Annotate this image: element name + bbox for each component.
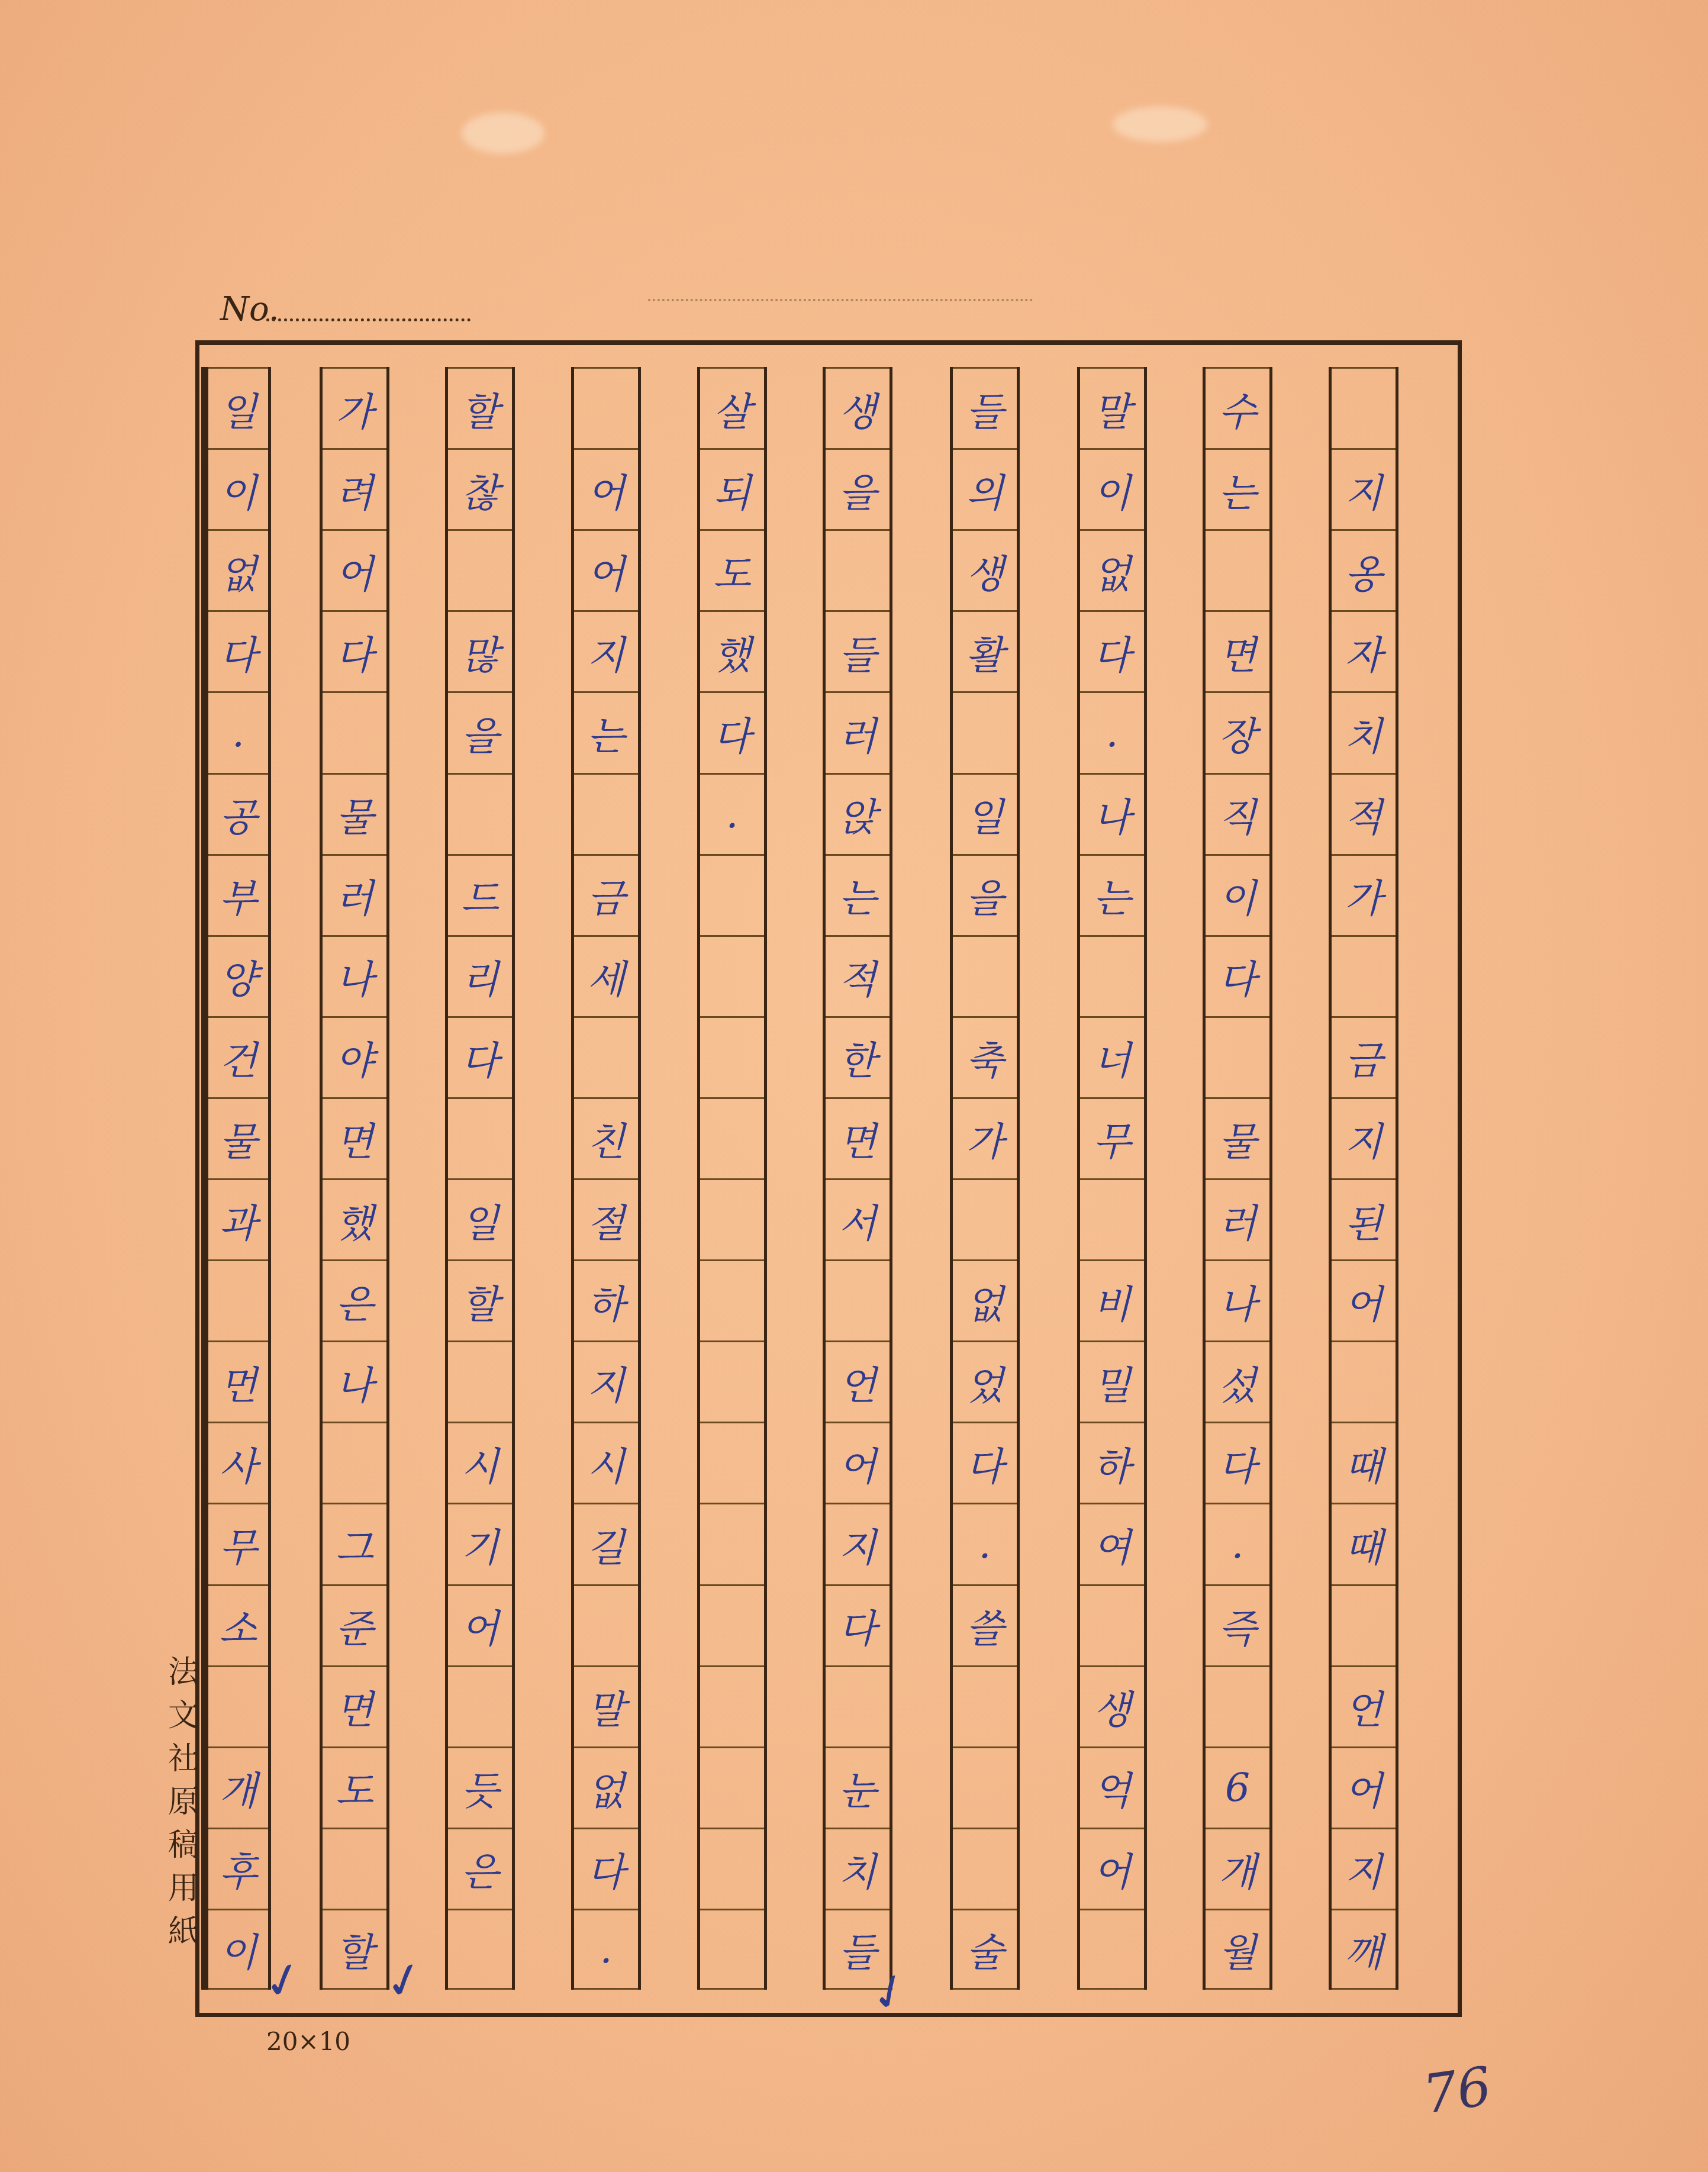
manuscript-cell: 리 [448, 935, 512, 1016]
manuscript-cell: 절 [574, 1178, 638, 1259]
manuscript-cell [323, 1422, 386, 1503]
manuscript-cell [953, 1178, 1017, 1259]
manuscript-cell [700, 1097, 764, 1178]
manuscript-cell: 어 [574, 529, 638, 610]
manuscript-cell: 없 [574, 1746, 638, 1828]
manuscript-cell: 눈 [826, 1746, 890, 1828]
manuscript-cell: 많 [448, 610, 512, 691]
manuscript-cell: 억 [1080, 1746, 1144, 1828]
manuscript-cell [700, 935, 764, 1016]
manuscript-column: 말이없다.나는너무비밀하여생억어 [1077, 367, 1147, 1990]
manuscript-cell: 는 [574, 691, 638, 772]
manuscript-cell: 러 [323, 854, 386, 935]
publisher-label: 法文社原稿用紙 [160, 1651, 207, 1954]
manuscript-cell: 없 [1080, 529, 1144, 610]
manuscript-cell: 면 [826, 1097, 890, 1178]
manuscript-cell: 즉 [1206, 1584, 1269, 1665]
manuscript-cell: 무 [1080, 1097, 1144, 1178]
manuscript-cell: 도 [323, 1746, 386, 1828]
manuscript-cell: 적 [826, 935, 890, 1016]
manuscript-column: 생을들러앉는적한면서언어지다눈치들 [823, 367, 892, 1990]
manuscript-cell: 생 [953, 529, 1017, 610]
manuscript-cell: . [953, 1503, 1017, 1584]
manuscript-cell: . [1080, 691, 1144, 772]
manuscript-column: 들의생활일을축가없었다.쓸술 [950, 367, 1020, 1990]
manuscript-cell [1206, 1016, 1269, 1097]
manuscript-cell: 너 [1080, 1016, 1144, 1097]
paper-smudge [462, 112, 544, 154]
manuscript-cell [700, 1259, 764, 1340]
manuscript-cell: 은 [323, 1259, 386, 1340]
manuscript-cell: 지 [1332, 1828, 1396, 1909]
manuscript-cell: 자 [1332, 610, 1396, 691]
manuscript-cell [700, 854, 764, 935]
manuscript-cell [574, 1584, 638, 1665]
manuscript-cell [448, 529, 512, 610]
manuscript-cell: 되 [700, 448, 764, 529]
manuscript-cell [323, 691, 386, 772]
manuscript-cell: 다 [826, 1584, 890, 1665]
manuscript-cell [1206, 529, 1269, 610]
manuscript-cell: 나 [1206, 1259, 1269, 1340]
manuscript-cell: 는 [1206, 448, 1269, 529]
manuscript-cell: . [574, 1909, 638, 1990]
manuscript-cell: 다 [323, 610, 386, 691]
manuscript-cell: 지 [574, 1340, 638, 1422]
faint-dotted-line [648, 299, 1033, 301]
manuscript-cell [826, 1665, 890, 1746]
manuscript-cell [1332, 1584, 1396, 1665]
manuscript-cell [826, 1259, 890, 1340]
manuscript-column: 할찮많을드리다일할시기어듯은 [445, 367, 515, 1990]
manuscript-cell: 려 [323, 448, 386, 529]
manuscript-cell: 여 [1080, 1503, 1144, 1584]
manuscript-cell: 사 [208, 1422, 268, 1503]
manuscript-cell: 개 [208, 1746, 268, 1828]
manuscript-cell: 말 [1080, 367, 1144, 448]
manuscript-cell: 생 [1080, 1665, 1144, 1746]
manuscript-cell: 다 [448, 1016, 512, 1097]
manuscript-cell [1332, 935, 1396, 1016]
manuscript-cell: 하 [574, 1259, 638, 1340]
manuscript-cell: 지 [1332, 1097, 1396, 1178]
manuscript-cell: 준 [323, 1584, 386, 1665]
manuscript-cell: 을 [448, 691, 512, 772]
manuscript-cell: 앉 [826, 773, 890, 854]
manuscript-cell: 물 [323, 773, 386, 854]
manuscript-cell [448, 1340, 512, 1422]
number-field[interactable] [266, 318, 470, 321]
manuscript-cell [953, 935, 1017, 1016]
manuscript-cell: 때 [1332, 1422, 1396, 1503]
manuscript-cell: 지 [826, 1503, 890, 1584]
manuscript-column: 수는면장직이다물러나섰다.즉6개월 [1203, 367, 1272, 1990]
manuscript-cell: 했 [323, 1178, 386, 1259]
manuscript-cell [953, 691, 1017, 772]
manuscript-cell [700, 1016, 764, 1097]
manuscript-cell: 시 [448, 1422, 512, 1503]
manuscript-cell: 듯 [448, 1746, 512, 1828]
manuscript-cell: 다 [953, 1422, 1017, 1503]
manuscript-cell [1080, 1909, 1144, 1990]
publisher-label-char: 用 [160, 1867, 207, 1910]
manuscript-cell: 들 [826, 610, 890, 691]
manuscript-cell: 지 [574, 610, 638, 691]
manuscript-cell [700, 1746, 764, 1828]
manuscript-cell: 이 [208, 1909, 268, 1990]
manuscript-cell: 할 [448, 1259, 512, 1340]
manuscript-cell: 적 [1332, 773, 1396, 854]
manuscript-cell: 축 [953, 1016, 1017, 1097]
publisher-label-char: 紙 [160, 1910, 207, 1954]
manuscript-cell: 한 [826, 1016, 890, 1097]
manuscript-cell: 을 [826, 448, 890, 529]
manuscript-cell: 길 [574, 1503, 638, 1584]
manuscript-cell: 어 [448, 1584, 512, 1665]
manuscript-cell: 월 [1206, 1909, 1269, 1990]
manuscript-cell: 일 [448, 1178, 512, 1259]
manuscript-cell: 나 [323, 935, 386, 1016]
manuscript-cell [700, 1584, 764, 1665]
manuscript-column: 일이없다.공부양건물과먼사무소개후이 [201, 367, 271, 1990]
manuscript-cell: 이 [1080, 448, 1144, 529]
manuscript-cell: 할 [323, 1909, 386, 1990]
manuscript-cell [574, 1016, 638, 1097]
manuscript-cell: 했 [700, 610, 764, 691]
manuscript-cell: 나 [1080, 773, 1144, 854]
manuscript-cell [953, 1746, 1017, 1828]
manuscript-cell: 세 [574, 935, 638, 1016]
publisher-label-char: 原 [160, 1781, 207, 1824]
publisher-label-char: 社 [160, 1738, 207, 1781]
manuscript-cell: 기 [448, 1503, 512, 1584]
manuscript-cell: 러 [1206, 1178, 1269, 1259]
manuscript-cell: 활 [953, 610, 1017, 691]
manuscript-cell: 말 [574, 1665, 638, 1746]
manuscript-cell [448, 1665, 512, 1746]
manuscript-cell: 어 [826, 1422, 890, 1503]
manuscript-cell: 부 [208, 854, 268, 935]
paper-smudge [1113, 107, 1207, 142]
manuscript-cell: 나 [323, 1340, 386, 1422]
manuscript-cell: . [700, 773, 764, 854]
publisher-label-char: 文 [160, 1694, 207, 1738]
manuscript-cell: 개 [1206, 1828, 1269, 1909]
manuscript-cell: 드 [448, 854, 512, 935]
manuscript-cell [700, 1178, 764, 1259]
manuscript-cell: 양 [208, 935, 268, 1016]
manuscript-cell: 도 [700, 529, 764, 610]
publisher-label-char: 稿 [160, 1824, 207, 1867]
manuscript-cell: 다 [1206, 935, 1269, 1016]
manuscript-cell: 찮 [448, 448, 512, 529]
manuscript-cell [1080, 935, 1144, 1016]
manuscript-cell: 다 [574, 1828, 638, 1909]
manuscript-cell: 면 [323, 1097, 386, 1178]
manuscript-cell: 살 [700, 367, 764, 448]
manuscript-cell [574, 773, 638, 854]
manuscript-cell [953, 1665, 1017, 1746]
manuscript-cell [1332, 1340, 1396, 1422]
manuscript-cell [700, 1422, 764, 1503]
manuscript-cell [323, 1828, 386, 1909]
manuscript-cell: . [1206, 1503, 1269, 1584]
manuscript-cell: 다 [1080, 610, 1144, 691]
manuscript-cell: 러 [826, 691, 890, 772]
manuscript-cell: 어 [1332, 1746, 1396, 1828]
manuscript-cell: 할 [448, 367, 512, 448]
manuscript-cell [953, 1828, 1017, 1909]
manuscript-cell: 은 [448, 1828, 512, 1909]
manuscript-cell: 옹 [1332, 529, 1396, 610]
manuscript-cell: 생 [826, 367, 890, 448]
manuscript-cell: 때 [1332, 1503, 1396, 1584]
manuscript-cell: . [208, 691, 268, 772]
manuscript-cell: 어 [1332, 1259, 1396, 1340]
manuscript-cell: 의 [953, 448, 1017, 529]
manuscript-cell [700, 1503, 764, 1584]
manuscript-cell: 언 [1332, 1665, 1396, 1746]
manuscript-cell: 섰 [1206, 1340, 1269, 1422]
manuscript-column: 가려어다물러나야면했은나그준면도할 [320, 367, 389, 1990]
manuscript-cell: 이 [1206, 854, 1269, 935]
manuscript-cell [700, 1909, 764, 1990]
manuscript-cell: 물 [1206, 1097, 1269, 1178]
manuscript-cell: 없 [208, 529, 268, 610]
publisher-label-char: 法 [160, 1651, 207, 1694]
manuscript-cell: 면 [1206, 610, 1269, 691]
manuscript-cell: 들 [953, 367, 1017, 448]
manuscript-cell: 언 [826, 1340, 890, 1422]
manuscript-cell: 물 [208, 1097, 268, 1178]
manuscript-cell: 가 [323, 367, 386, 448]
manuscript-cell: 다 [208, 610, 268, 691]
manuscript-cell [448, 1097, 512, 1178]
manuscript-cell: 먼 [208, 1340, 268, 1422]
manuscript-cell: 건 [208, 1016, 268, 1097]
manuscript-cell: 어 [323, 529, 386, 610]
manuscript-cell [208, 1665, 268, 1746]
manuscript-cell [448, 773, 512, 854]
manuscript-cell: 일 [953, 773, 1017, 854]
manuscript-column: 어어지는금세친절하지시길말없다. [571, 367, 641, 1990]
manuscript-cell: 없 [953, 1259, 1017, 1340]
manuscript-cell [700, 1665, 764, 1746]
manuscript-cell: 다 [700, 691, 764, 772]
manuscript-cell: 수 [1206, 367, 1269, 448]
manuscript-cell [1080, 1584, 1144, 1665]
manuscript-cell: 일 [208, 367, 268, 448]
manuscript-cell: 무 [208, 1503, 268, 1584]
manuscript-cell: 된 [1332, 1178, 1396, 1259]
grid-size-label: 20×10 [266, 2027, 350, 2056]
manuscript-cell: 비 [1080, 1259, 1144, 1340]
manuscript-cell: 하 [1080, 1422, 1144, 1503]
manuscript-cell [700, 1340, 764, 1422]
number-label: No. [220, 290, 279, 328]
manuscript-cell: 가 [1332, 854, 1396, 935]
manuscript-cell: 쓸 [953, 1584, 1017, 1665]
manuscript-cell [574, 367, 638, 448]
manuscript-cell: 공 [208, 773, 268, 854]
manuscript-cell: 치 [826, 1828, 890, 1909]
manuscript-column: 살되도했다. [697, 367, 767, 1990]
manuscript-cell: 시 [574, 1422, 638, 1503]
manuscript-cell [448, 1909, 512, 1990]
manuscript-cell: 금 [1332, 1016, 1396, 1097]
manuscript-cell: 지 [1332, 448, 1396, 529]
manuscript-cell: 6 [1206, 1746, 1269, 1828]
manuscript-cell [700, 1828, 764, 1909]
manuscript-cell: 소 [208, 1584, 268, 1665]
manuscript-cell [1080, 1178, 1144, 1259]
page-number: 76 [1419, 2055, 1495, 2126]
manuscript-column: 지옹자치적가금지된어때때언어지깨 [1329, 367, 1398, 1990]
manuscript-cell [208, 1259, 268, 1340]
manuscript-cell: 술 [953, 1909, 1017, 1990]
manuscript-cell: 어 [574, 448, 638, 529]
manuscript-cell: 서 [826, 1178, 890, 1259]
manuscript-cell: 는 [826, 854, 890, 935]
manuscript-cell: 었 [953, 1340, 1017, 1422]
manuscript-cell: 이 [208, 448, 268, 529]
manuscript-cell: 는 [1080, 854, 1144, 935]
manuscript-cell: 과 [208, 1178, 268, 1259]
manuscript-cell [1332, 367, 1396, 448]
manuscript-cell: 친 [574, 1097, 638, 1178]
manuscript-cell: 면 [323, 1665, 386, 1746]
manuscript-cell: 직 [1206, 773, 1269, 854]
manuscript-cell [826, 529, 890, 610]
manuscript-cell [1206, 1665, 1269, 1746]
manuscript-cell: 금 [574, 854, 638, 935]
manuscript-cell: 어 [1080, 1828, 1144, 1909]
manuscript-cell: 장 [1206, 691, 1269, 772]
manuscript-cell: 밀 [1080, 1340, 1144, 1422]
manuscript-cell: 깨 [1332, 1909, 1396, 1990]
manuscript-cell: 치 [1332, 691, 1396, 772]
manuscript-cell: 그 [323, 1503, 386, 1584]
manuscript-cell: 야 [323, 1016, 386, 1097]
manuscript-cell: 후 [208, 1828, 268, 1909]
manuscript-cell: 가 [953, 1097, 1017, 1178]
manuscript-cell: 을 [953, 854, 1017, 935]
manuscript-cell: 다 [1206, 1422, 1269, 1503]
